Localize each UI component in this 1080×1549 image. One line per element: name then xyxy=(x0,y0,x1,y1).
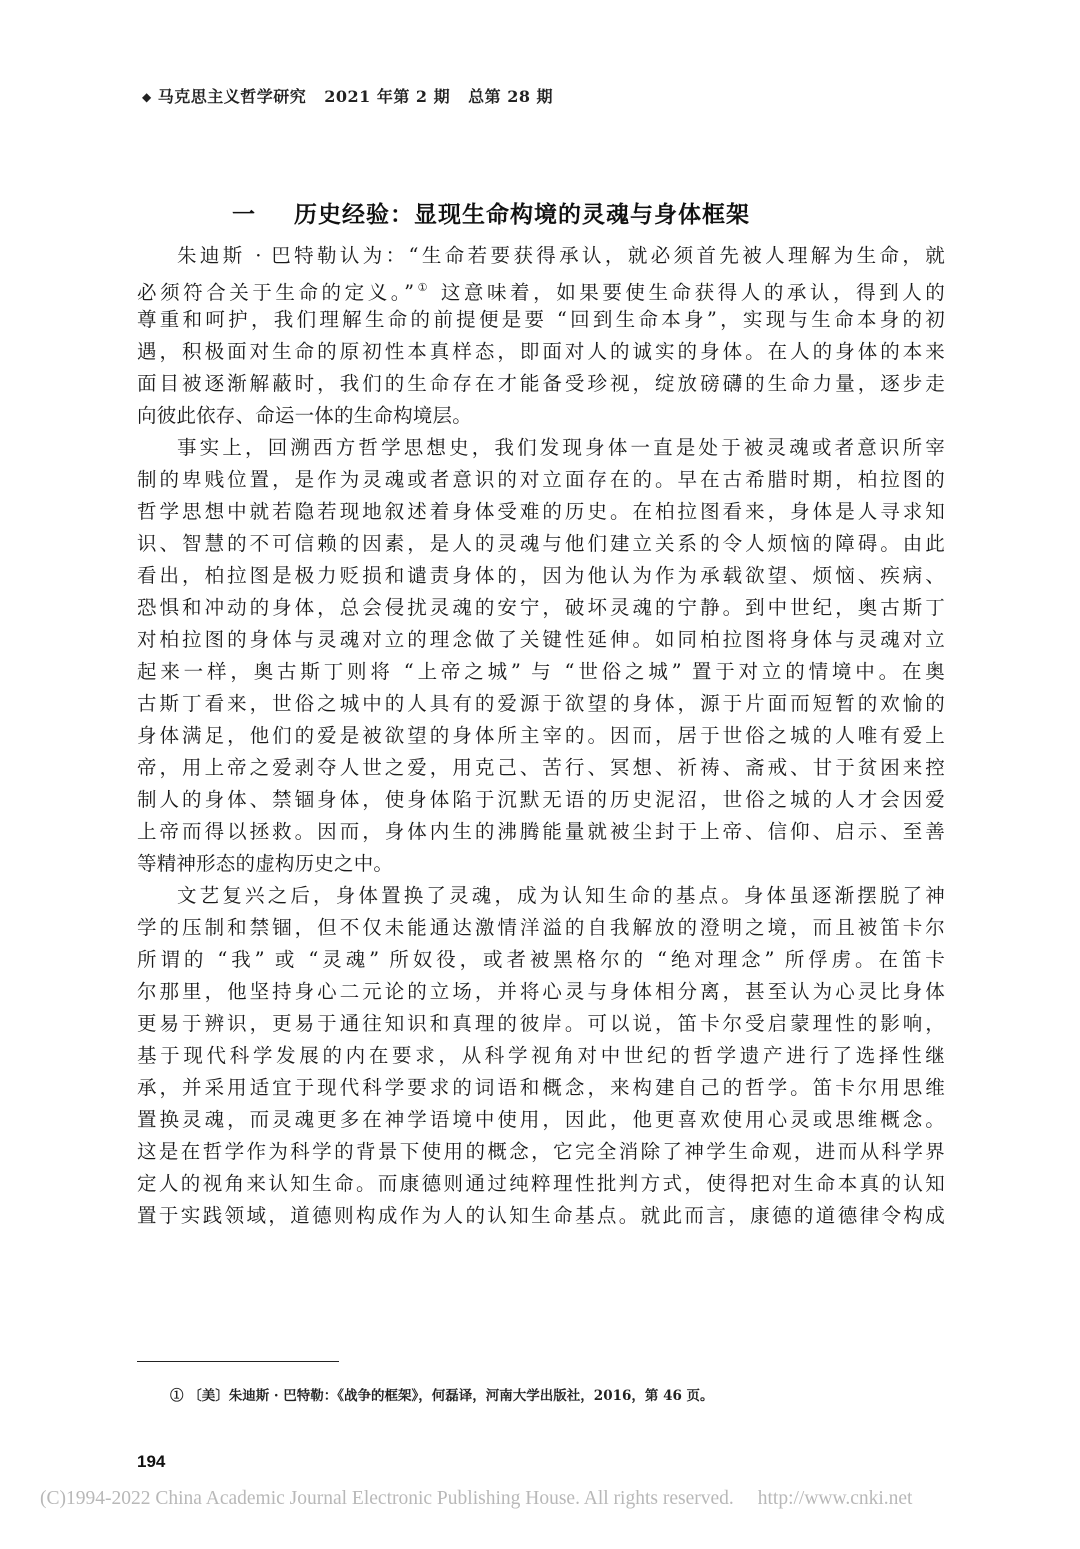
text-line: 文艺复兴之后，身体置换了灵魂，成为认知生命的基点。身体虽逐渐摆脱了神 xyxy=(137,880,945,912)
text-line: 向彼此依存、命运一体的生命构境层。 xyxy=(137,400,945,432)
footnote-text: 〔美〕朱迪斯 · 巴特勒：《战争的框架》，何磊译，河南大学出版社，2016，第 … xyxy=(188,1388,713,1404)
journal-name: 马克思主义哲学研究 xyxy=(158,87,307,106)
copyright-url: http://www.cnki.net xyxy=(758,1488,913,1509)
paragraph-1: 朱迪斯 · 巴特勒认为：“生命若要获得承认，就必须首先被人理解为生命，就 必须符… xyxy=(137,240,945,432)
text-line: 看出，柏拉图是极力贬损和谴责身体的，因为他认为作为承载欲望、烦恼、疾病、 xyxy=(137,560,945,592)
text-line: 制的卑贱位置，是作为灵魂或者意识的对立面存在的。早在古希腊时期，柏拉图的 xyxy=(137,464,945,496)
paragraph-2: 事实上，回溯西方哲学思想史，我们发现身体一直是处于被灵魂或者意识所宰 制的卑贱位… xyxy=(137,432,945,880)
text-line: 事实上，回溯西方哲学思想史，我们发现身体一直是处于被灵魂或者意识所宰 xyxy=(137,432,945,464)
text-line: 基于现代科学发展的内在要求，从科学视角对中世纪的哲学遗产进行了选择性继 xyxy=(137,1040,945,1072)
text-line: 对柏拉图的身体与灵魂对立的理念做了关键性延伸。如同柏拉图将身体与灵魂对立 xyxy=(137,624,945,656)
page-number: 194 xyxy=(137,1452,165,1472)
section-title-text: 历史经验：显现生命构境的灵魂与身体框架 xyxy=(294,201,750,228)
total-issue-label: 总第 28 期 xyxy=(468,87,553,106)
text-line: 置于实践领域，道德则构成作为人的认知生命基点。就此而言，康德的道德律令构成 xyxy=(137,1200,945,1232)
text-line: 所谓的 “我” 或 “灵魂” 所奴役，或者被黑格尔的 “绝对理念” 所俘虏。在笛… xyxy=(137,944,945,976)
text-line: 起来一样，奥古斯丁则将 “上帝之城” 与 “世俗之城” 置于对立的情境中。在奥 xyxy=(137,656,945,688)
text-line: 尊重和呵护，我们理解生命的前提便是要 “回到生命本身”，实现与生命本身的初 xyxy=(137,304,945,336)
text-line: 定人的视角来认知生命。而康德则通过纯粹理性批判方式，使得把对生命本真的认知 xyxy=(137,1168,945,1200)
text-line: 置换灵魂，而灵魂更多在神学语境中使用，因此，他更喜欢使用心灵或思维概念。 xyxy=(137,1104,945,1136)
text-line: 更易于辨识，更易于通往知识和真理的彼岸。可以说，笛卡尔受启蒙理性的影响， xyxy=(137,1008,945,1040)
article-body: 朱迪斯 · 巴特勒认为：“生命若要获得承认，就必须首先被人理解为生命，就 必须符… xyxy=(137,240,945,1232)
issue-label: 2021 年第 2 期 xyxy=(324,87,450,106)
text-line: 面目被逐渐解蔽时，我们的生命存在才能备受珍视，绽放磅礴的生命力量，逐步走 xyxy=(137,368,945,400)
text-line: 上帝而得以拯救。因而，身体内生的沸腾能量就被尘封于上帝、信仰、启示、至善 xyxy=(137,816,945,848)
footnote-divider xyxy=(137,1361,339,1362)
footnote-marker: ① xyxy=(170,1388,184,1404)
text-line: 等精神形态的虚构历史之中。 xyxy=(137,848,945,880)
paragraph-3: 文艺复兴之后，身体置换了灵魂，成为认知生命的基点。身体虽逐渐摆脱了神 学的压制和… xyxy=(137,880,945,1232)
text-line: 必须符合关于生命的定义。”① 这意味着，如果要使生命获得人的承认，得到人的 xyxy=(137,272,945,304)
text-line: 古斯丁看来，世俗之城中的人具有的爱源于欲望的身体，源于片面而短暂的欢愉的 xyxy=(137,688,945,720)
text-line: 帝，用上帝之爱剥夺人世之爱，用克己、苦行、冥想、祈祷、斋戒、甘于贫困来控 xyxy=(137,752,945,784)
running-header: ◆马克思主义哲学研究2021 年第 2 期总第 28 期 xyxy=(142,84,553,107)
text-line: 制人的身体、禁锢身体，使身体陷于沉默无语的历史泥沼，世俗之城的人才会因爱 xyxy=(137,784,945,816)
text-line: 哲学思想中就若隐若现地叙述着身体受难的历史。在柏拉图看来，身体是人寻求知 xyxy=(137,496,945,528)
footnote-1: ① 〔美〕朱迪斯 · 巴特勒：《战争的框架》，何磊译，河南大学出版社，2016，… xyxy=(170,1384,714,1404)
section-number: 一 xyxy=(232,196,294,229)
copyright-watermark: (C)1994-2022 China Academic Journal Elec… xyxy=(40,1488,912,1510)
text-line: 这是在哲学作为科学的背景下使用的概念，它完全消除了神学生命观，进而从科学界 xyxy=(137,1136,945,1168)
text-span: 这意味着，如果要使生命获得人的承认，得到人的 xyxy=(431,281,945,304)
diamond-icon: ◆ xyxy=(142,90,152,104)
section-heading: 一历史经验：显现生命构境的灵魂与身体框架 xyxy=(232,196,750,229)
copyright-text: (C)1994-2022 China Academic Journal Elec… xyxy=(40,1488,734,1509)
text-line: 承，并采用适宜于现代科学要求的词语和概念，来构建自己的哲学。笛卡尔用思维 xyxy=(137,1072,945,1104)
text-line: 遇，积极面对生命的原初性本真样态，即面对人的诚实的身体。在人的身体的本来 xyxy=(137,336,945,368)
text-line: 尔那里，他坚持身心二元论的立场，并将心灵与身体相分离，甚至认为心灵比身体 xyxy=(137,976,945,1008)
text-line: 朱迪斯 · 巴特勒认为：“生命若要获得承认，就必须首先被人理解为生命，就 xyxy=(137,240,945,272)
text-line: 识、智慧的不可信赖的因素，是人的灵魂与他们建立关系的令人烦恼的障碍。由此 xyxy=(137,528,945,560)
text-line: 恐惧和冲动的身体，总会侵扰灵魂的安宁，破坏灵魂的宁静。到中世纪，奥古斯丁 xyxy=(137,592,945,624)
text-line: 学的压制和禁锢，但不仅未能通达激情洋溢的自我解放的澄明之境，而且被笛卡尔 xyxy=(137,912,945,944)
footnote-ref-1[interactable]: ① xyxy=(414,281,431,294)
text-span: 必须符合关于生命的定义。” xyxy=(137,281,414,304)
text-line: 身体满足，他们的爱是被欲望的身体所主宰的。因而，居于世俗之城的人唯有爱上 xyxy=(137,720,945,752)
